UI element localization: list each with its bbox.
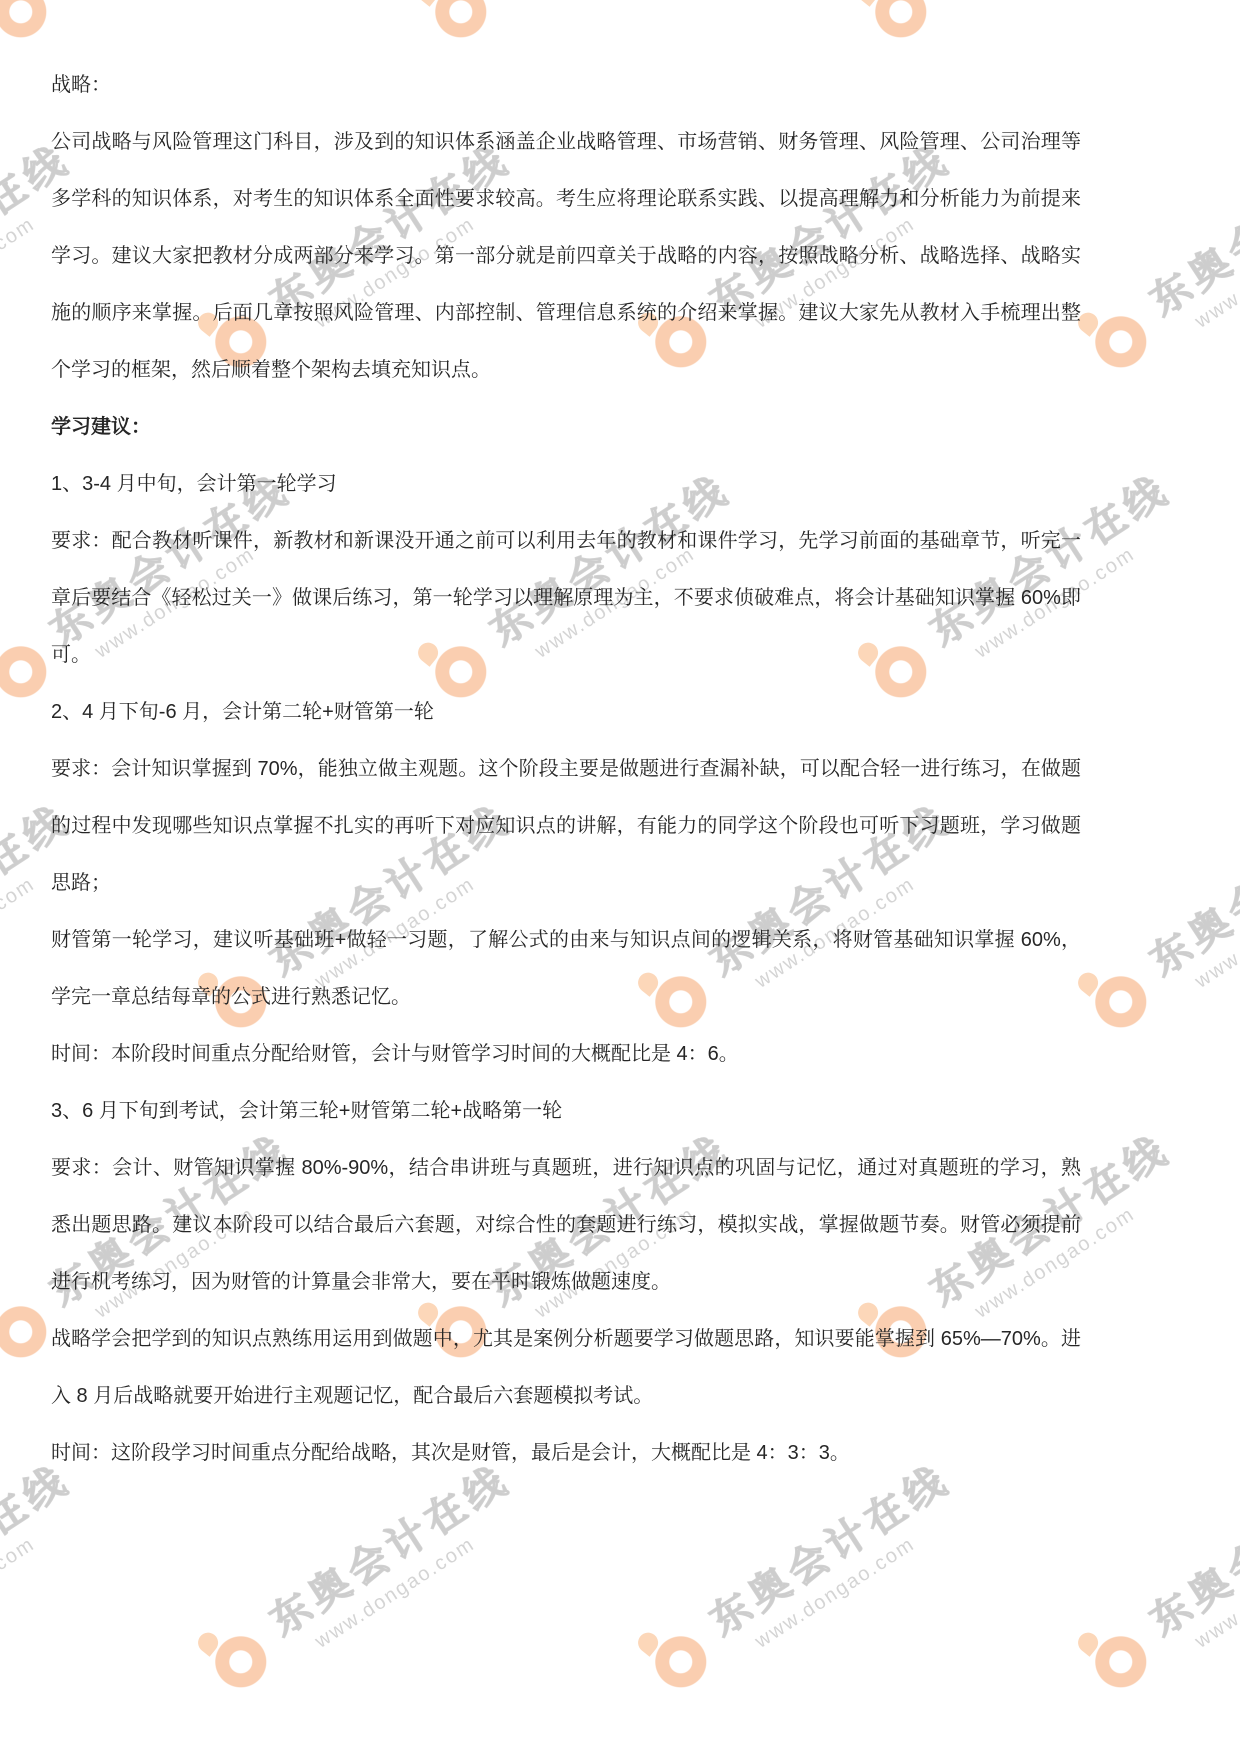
paragraph: 时间：本阶段时间重点分配给财管，会计与财管学习时间的大概配比是 4：6。 [51, 1026, 1081, 1083]
dongao-logo-icon [1069, 1610, 1169, 1710]
paragraph: 2、4 月下旬-6 月，会计第二轮+财管第一轮 [51, 684, 1081, 741]
paragraph: 战略学会把学到的知识点熟练用运用到做题中，尤其是案例分析题要学习做题思路，知识要… [51, 1311, 1081, 1425]
paragraph: 要求：配合教材听课件，新教材和新课没开通之前可以利用去年的教材和课件学习，先学习… [51, 513, 1081, 684]
dongao-logo-icon [189, 1610, 289, 1710]
paragraph: 要求：会计知识掌握到 70%，能独立做主观题。这个阶段主要是做题进行查漏补缺，可… [51, 741, 1081, 912]
watermark-url: www.dongao.com [1191, 1498, 1240, 1653]
paragraph: 3、6 月下旬到考试，会计第三轮+财管第二轮+战略第一轮 [51, 1083, 1081, 1140]
paragraph: 战略： [51, 57, 1081, 114]
paragraph: 财管第一轮学习，建议听基础班+做轻一习题，了解公式的由来与知识点间的逻辑关系，将… [51, 912, 1081, 1026]
watermark: 东奥会计在线www.dongao.com [0, 1449, 93, 1714]
paragraph: 公司战略与风险管理这门科目，涉及到的知识体系涵盖企业战略管理、市场营销、财务管理… [51, 114, 1081, 399]
document-body: 战略：公司战略与风险管理这门科目，涉及到的知识体系涵盖企业战略管理、市场营销、财… [0, 0, 1240, 1482]
watermark-url: www.dongao.com [751, 1498, 973, 1653]
section-heading: 学习建议： [51, 399, 1081, 456]
watermark-url: www.dongao.com [311, 1498, 533, 1653]
document-page: 东奥会计在线www.dongao.com东奥会计在线www.dongao.com… [0, 0, 1240, 1753]
watermark: 东奥会计在线www.dongao.com [1067, 1449, 1240, 1714]
paragraph: 要求：会计、财管知识掌握 80%-90%，结合串讲班与真题班，进行知识点的巩固与… [51, 1140, 1081, 1311]
paragraph: 时间：这阶段学习时间重点分配给战略，其次是财管，最后是会计，大概配比是 4：3：… [51, 1425, 1081, 1482]
dongao-logo-icon [629, 1610, 729, 1710]
watermark: 东奥会计在线www.dongao.com [627, 1449, 974, 1714]
paragraph: 1、3-4 月中旬，会计第一轮学习 [51, 456, 1081, 513]
watermark-url: www.dongao.com [0, 1498, 93, 1653]
watermark: 东奥会计在线www.dongao.com [187, 1449, 534, 1714]
